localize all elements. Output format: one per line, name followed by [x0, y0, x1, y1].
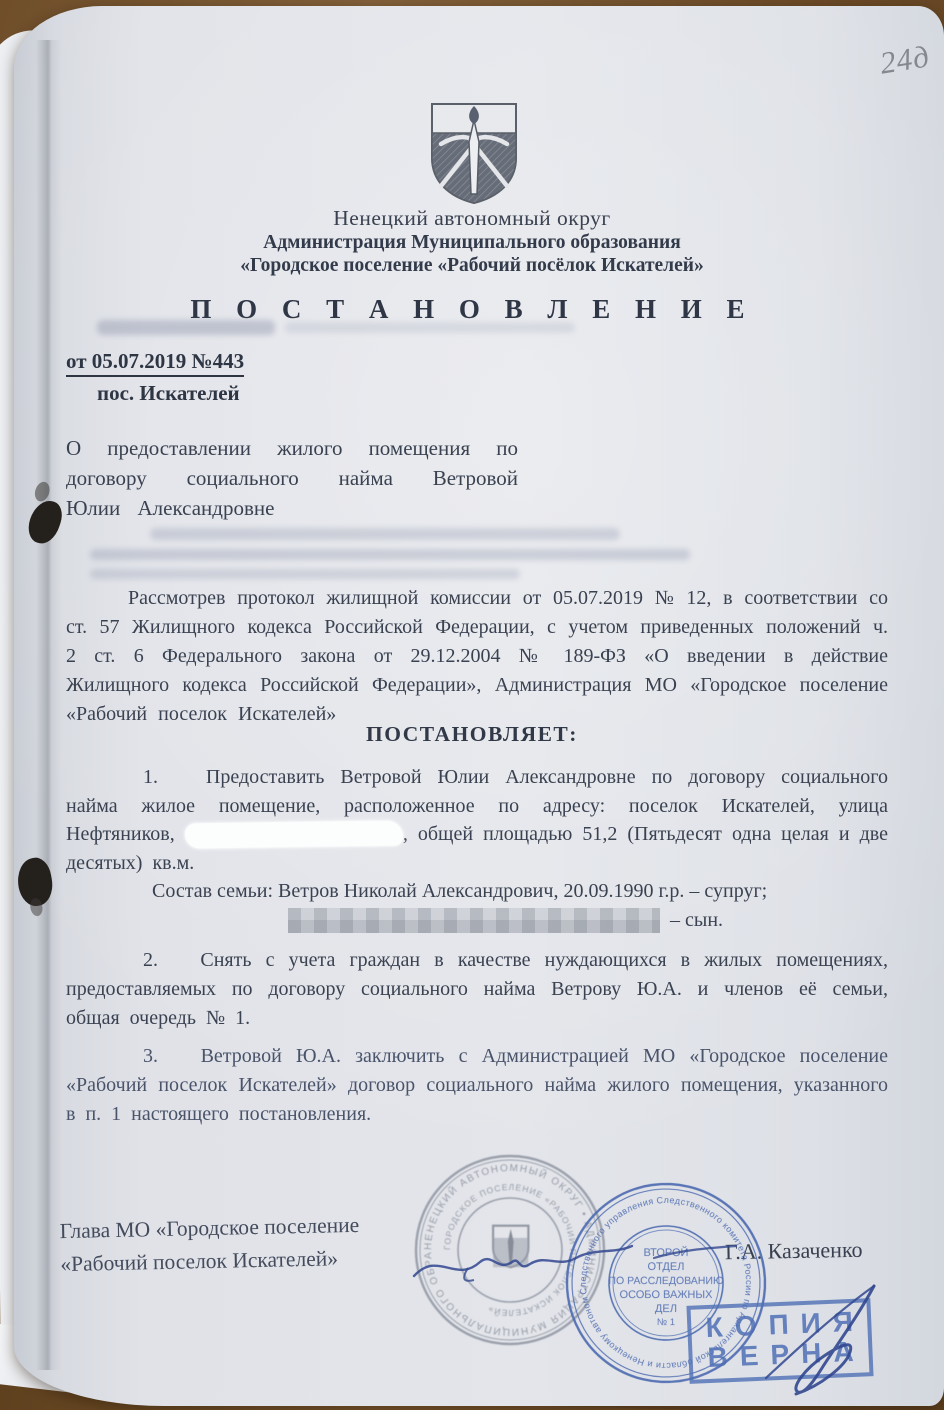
- resolution-item-3: 3. Ветровой Ю.А. заключить с Администрац…: [66, 1042, 888, 1129]
- investigator-seal-line-4: ОСОБО ВАЖНЫХ: [619, 1289, 713, 1301]
- date-and-number: от 05.07.2019 №443: [66, 349, 244, 377]
- copy-verified-stamp: КОПИЯ ВЕРНА: [686, 1298, 873, 1384]
- preamble-paragraph: Рассмотрев протокол жилищной комиссии от…: [66, 584, 888, 729]
- resolution-item-2: 2. Снять с учета граждан в качестве нужд…: [66, 946, 888, 1033]
- item-1-paragraph: 1. Предоставить Ветровой Юлии Александро…: [66, 763, 888, 877]
- ink-bleedthrough-smudge: [97, 320, 275, 335]
- investigator-seal-line-6: № 1: [657, 1317, 675, 1328]
- item-3-text: Ветровой Ю.А. заключить с Администрацией…: [66, 1045, 888, 1125]
- item-1-number: 1.: [143, 766, 158, 788]
- ink-bleedthrough-smudge: [150, 528, 620, 540]
- investigator-seal-line-1: ВТОРОЙ: [644, 1246, 689, 1259]
- place-line: пос. Искателей: [97, 381, 240, 406]
- family-line-2-suffix: – сын.: [670, 909, 723, 931]
- pencil-page-number: 24д: [877, 38, 932, 81]
- item-3-number: 3.: [143, 1045, 158, 1067]
- subject-paragraph: О предоставлении жилого помещения по дог…: [66, 433, 518, 523]
- admin-seal-emblem: [493, 1226, 528, 1268]
- ink-bleedthrough-smudge: [90, 549, 690, 560]
- organization-line-2: «Городское поселение «Рабочий посёлок Ис…: [0, 255, 944, 277]
- signature-title-line-2: «Рабочий поселок Искателей»: [60, 1242, 360, 1281]
- ink-bleedthrough-smudge: [285, 322, 575, 333]
- investigator-seal-line-3: ПО РАССЛЕДОВАНИЮ: [608, 1275, 723, 1287]
- family-line-2: – сын.: [66, 906, 888, 935]
- whiteout-redaction: [185, 820, 403, 848]
- investigator-seal-line-5: ДЕЛ: [655, 1303, 677, 1315]
- organization-line-1: Администрация Муниципального образования: [0, 232, 944, 254]
- resolution-item-1: 1. Предоставить Ветровой Юлии Александро…: [66, 763, 888, 934]
- coat-of-arms-icon: [427, 100, 521, 208]
- region-line: Ненецкий автономный округ: [0, 206, 944, 231]
- item-2-number: 2.: [143, 949, 158, 971]
- scanned-document-photo: Ненецкий автономный округ Администрация …: [0, 0, 944, 1410]
- item-2-text: Снять с учета граждан в качестве нуждающ…: [66, 949, 888, 1029]
- investigator-seal-line-2: ОТДЕЛ: [648, 1261, 685, 1273]
- pixelated-redaction: [288, 908, 660, 933]
- resolves-heading: ПОСТАНОВЛЯЕТ:: [0, 722, 944, 747]
- copy-stamp-line-2: ВЕРНА: [692, 1336, 869, 1373]
- ink-bleedthrough-smudge: [90, 569, 520, 579]
- family-line-1: Состав семьи: Ветров Николай Александров…: [66, 877, 888, 906]
- signature-title-block: Глава МО «Городское поселение «Рабочий п…: [59, 1209, 360, 1281]
